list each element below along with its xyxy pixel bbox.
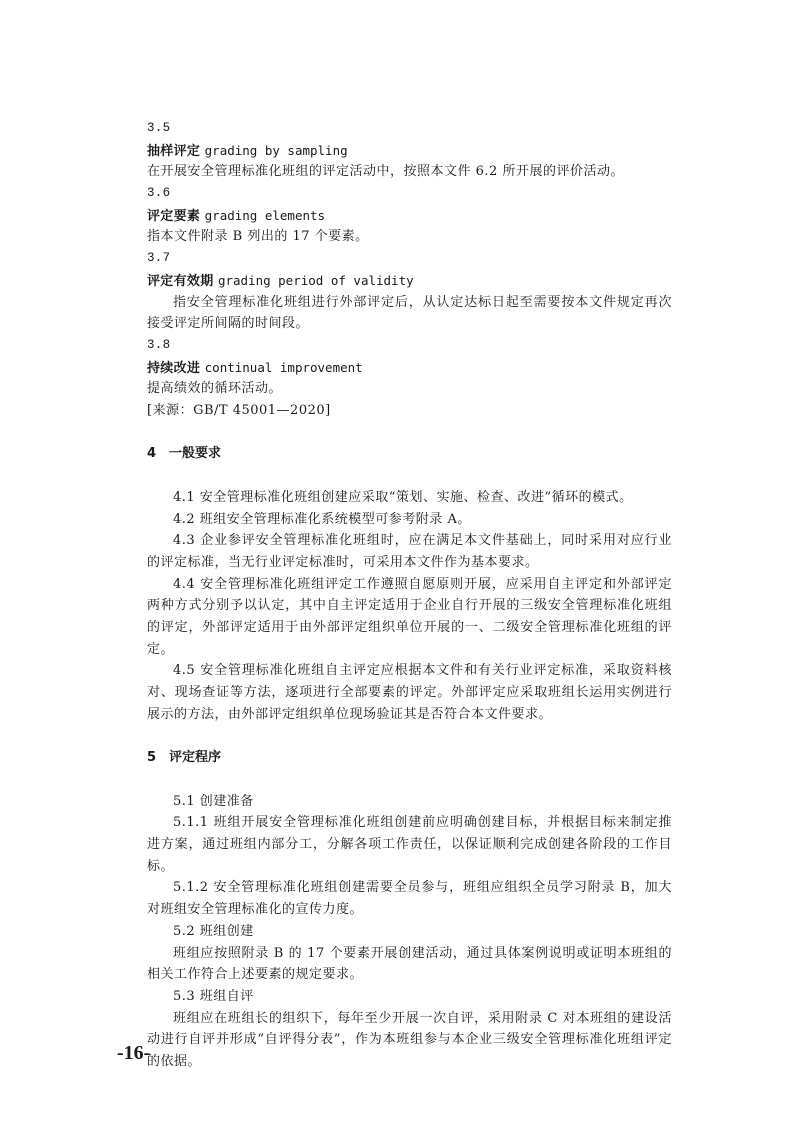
term-zh: 评定有效期 [147, 274, 214, 289]
clause: 5.1.2 安全管理标准化班组创建需要全员参与，班组应组织全员学习附录 B，加大… [147, 877, 672, 920]
term-definition: 指安全管理标准化班组进行外部评定后，从认定达标日起至需要按本文件规定再次接受评定… [147, 292, 672, 335]
clause-heading: 5.2 班组创建 [147, 921, 672, 943]
term-title: 抽样评定 grading by sampling [147, 140, 672, 162]
section-heading: 4 一般要求 [147, 443, 672, 465]
clause: 班组应在班组长的组织下，每年至少开展一次自评，采用附录 C 对本班组的建设活动进… [147, 1008, 672, 1073]
page-number: -16- [117, 1042, 150, 1065]
document-page: 3.5 抽样评定 grading by sampling 在开展安全管理标准化班… [147, 118, 672, 1073]
term-number: 3.8 [147, 335, 672, 357]
term-number: 3.6 [147, 183, 672, 205]
term-title: 评定要素 grading elements [147, 205, 672, 227]
term-title: 持续改进 continual improvement [147, 357, 672, 379]
term-en: grading elements [205, 208, 325, 223]
term-definition: 提高绩效的循环活动。 [147, 378, 672, 400]
term-source: [来源：GB/T 45001—2020] [147, 400, 672, 422]
term-title: 评定有效期 grading period of validity [147, 270, 672, 292]
clause: 4.4 安全管理标准化班组评定工作遵照自愿原则开展，应采用自主评定和外部评定两种… [147, 574, 672, 661]
term-zh: 持续改进 [147, 361, 200, 376]
term-zh: 评定要素 [147, 209, 200, 224]
clause: 4.5 安全管理标准化班组自主评定应根据本文件和有关行业评定标准，采取资料核对、… [147, 660, 672, 725]
term-definition: 指本文件附录 B 列出的 17 个要素。 [147, 226, 672, 248]
clause: 4.1 安全管理标准化班组创建应采取“策划、实施、检查、改进”循环的模式。 [147, 487, 672, 509]
term-zh: 抽样评定 [147, 144, 200, 159]
clause: 班组应按照附录 B 的 17 个要素开展创建活动，通过具体案例说明或证明本班组的… [147, 943, 672, 986]
term-en: grading by sampling [205, 143, 348, 158]
section-heading: 5 评定程序 [147, 747, 672, 769]
clause: 5.1.1 班组开展安全管理标准化班组创建前应明确创建目标，并根据目标来制定推进… [147, 812, 672, 877]
term-en: grading period of validity [218, 273, 414, 288]
term-definition: 在开展安全管理标准化班组的评定活动中，按照本文件 6.2 所开展的评价活动。 [147, 161, 672, 183]
clause: 4.2 班组安全管理标准化系统模型可参考附录 A。 [147, 509, 672, 531]
clause: 4.3 企业参评安全管理标准化班组时，应在满足本文件基础上，同时采用对应行业的评… [147, 530, 672, 573]
clause-heading: 5.1 创建准备 [147, 791, 672, 813]
term-en: continual improvement [205, 360, 363, 375]
term-number: 3.5 [147, 118, 672, 140]
term-number: 3.7 [147, 248, 672, 270]
clause-heading: 5.3 班组自评 [147, 986, 672, 1008]
